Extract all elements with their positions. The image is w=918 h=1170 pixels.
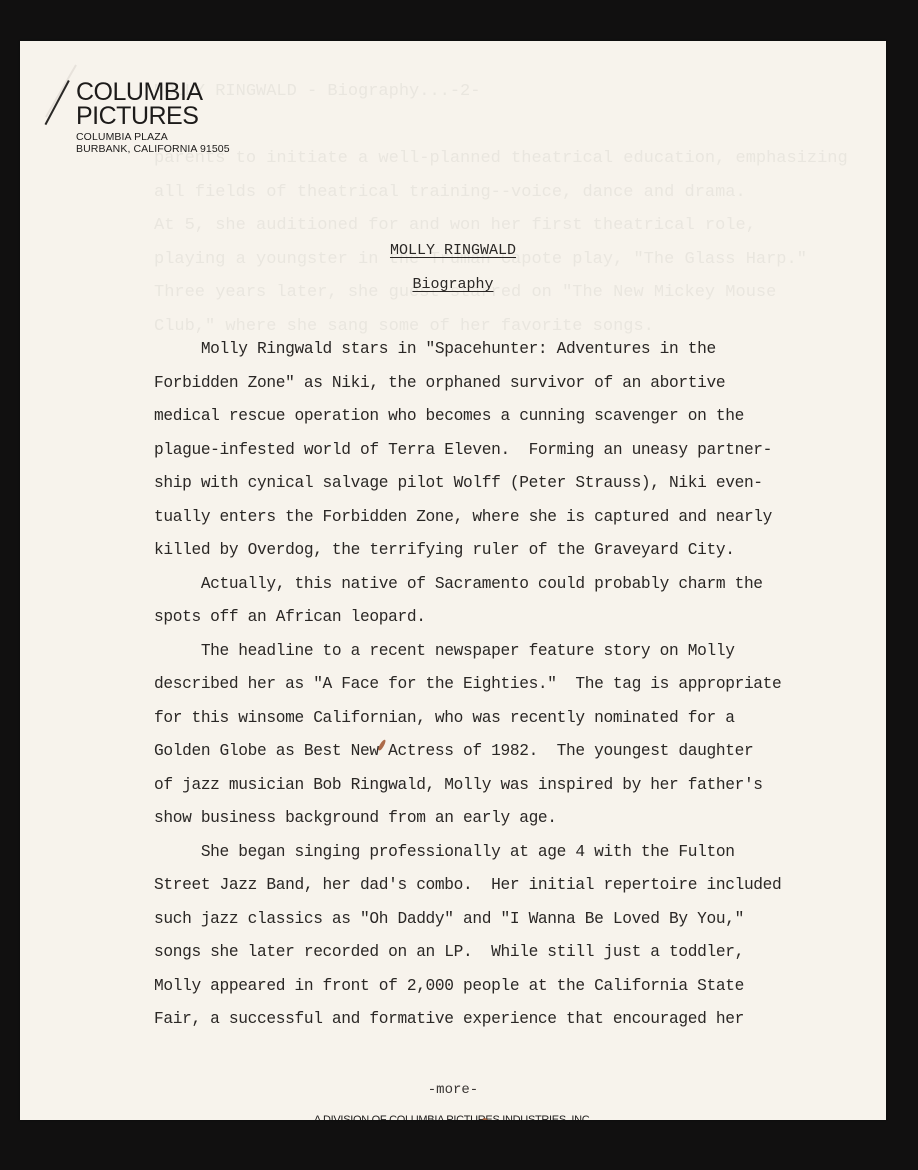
address-line2: BURBANK, CALIFORNIA 91505	[76, 143, 230, 155]
document-body: Molly Ringwald stars in "Spacehunter: Ad…	[154, 333, 854, 1037]
address-line1: COLUMBIA PLAZA	[76, 131, 230, 143]
show-through-line: MOLLY RINGWALD - Biography...-2-	[154, 75, 854, 109]
paragraph-1: Molly Ringwald stars in "Spacehunter: Ad…	[154, 333, 854, 568]
text-line: for this winsome Californian, who was re…	[154, 702, 854, 736]
show-through-line: all fields of theatrical training--voice…	[154, 176, 854, 210]
text-line: Forbidden Zone" as Niki, the orphaned su…	[154, 367, 854, 401]
text-line: described her as "A Face for the Eightie…	[154, 668, 854, 702]
text-line: tually enters the Forbidden Zone, where …	[154, 501, 854, 535]
text-line: ship with cynical salvage pilot Wolff (P…	[154, 467, 854, 501]
logo-slash-icon	[45, 80, 70, 125]
company-name-line2: PICTURES	[74, 104, 230, 128]
text-line: of jazz musician Bob Ringwald, Molly was…	[154, 769, 854, 803]
document-heading: MOLLY RINGWALD Biography	[20, 234, 886, 302]
text-line: show business background from an early a…	[154, 802, 854, 836]
continuation-marker: -more-	[20, 1082, 886, 1098]
text-line: Molly Ringwald stars in "Spacehunter: Ad…	[154, 333, 854, 367]
document-title: MOLLY RINGWALD	[390, 242, 516, 259]
company-name-line1: COLUMBIA	[74, 80, 230, 104]
text-line: She began singing professionally at age …	[154, 836, 854, 870]
text-line: such jazz classics as "Oh Daddy" and "I …	[154, 903, 854, 937]
text-line: Golden Globe as Best New Actress of 1982…	[154, 735, 854, 769]
document-page: MOLLY RINGWALD - Biography...-2- parents…	[20, 41, 886, 1120]
text-line: songs she later recorded on an LP. While…	[154, 936, 854, 970]
text-line: Actually, this native of Sacramento coul…	[154, 568, 854, 602]
paragraph-2: Actually, this native of Sacramento coul…	[154, 568, 854, 635]
show-through-line: parents to initiate a well-planned theat…	[154, 142, 854, 176]
paragraph-4: She began singing professionally at age …	[154, 836, 854, 1037]
paragraph-3: The headline to a recent newspaper featu…	[154, 635, 854, 836]
text-line: Fair, a successful and formative experie…	[154, 1003, 854, 1037]
text-line: Molly appeared in front of 2,000 people …	[154, 970, 854, 1004]
text-line: Street Jazz Band, her dad's combo. Her i…	[154, 869, 854, 903]
text-line: medical rescue operation who becomes a c…	[154, 400, 854, 434]
text-line: The headline to a recent newspaper featu…	[154, 635, 854, 669]
text-line: killed by Overdog, the terrifying ruler …	[154, 534, 854, 568]
footer-division-line: A DIVISION OF COLUMBIA PICTURES INDUSTRI…	[20, 1114, 886, 1120]
show-through-text: MOLLY RINGWALD - Biography...-2- parents…	[154, 75, 854, 343]
letterhead-logo: COLUMBIA PICTURES COLUMBIA PLAZA BURBANK…	[74, 80, 230, 155]
address: COLUMBIA PLAZA BURBANK, CALIFORNIA 91505	[74, 131, 230, 155]
text-line: plague-infested world of Terra Eleven. F…	[154, 434, 854, 468]
show-through-line	[154, 109, 854, 143]
text-line: spots off an African leopard.	[154, 601, 854, 635]
document-subtitle: Biography	[412, 276, 493, 293]
